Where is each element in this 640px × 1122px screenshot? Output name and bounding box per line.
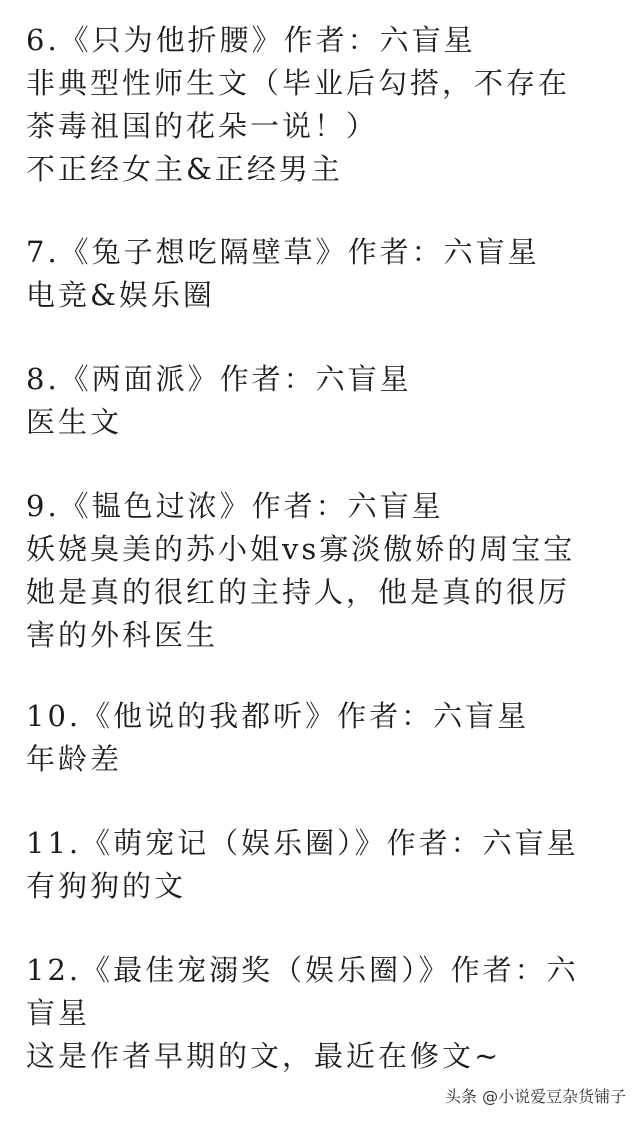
entry-10-title: 10.《他说的我都听》作者：六盲星 — [26, 698, 529, 734]
entry-9-description-line-2: 她是真的很红的主持人，他是真的很厉 — [26, 574, 570, 610]
entry-11-title: 11.《萌宠记（娱乐圈）》作者：六盲星 — [26, 825, 579, 861]
entry-7-description-line-1: 电竞&娱乐圈 — [26, 277, 215, 313]
entry-6-title: 6.《只为他折腰》作者：六盲星 — [26, 22, 476, 58]
source-watermark: 头条 @小说爱豆杂货铺子 — [445, 1086, 626, 1108]
entry-10-description-line-1: 年龄差 — [26, 741, 122, 777]
entry-12-description-line-2: 这是作者早期的文，最近在修文~ — [26, 1038, 501, 1074]
entry-9-title: 9.《韫色过浓》作者：六盲星 — [26, 488, 444, 524]
entry-9-description-line-1: 妖娆臭美的苏小姐vs寡淡傲娇的周宝宝 — [26, 531, 575, 567]
entry-8-title: 8.《两面派》作者：六盲星 — [26, 361, 412, 397]
entry-6-description-line-2: 茶毒祖国的花朵一说！） — [26, 108, 378, 144]
entry-8-description-line-1: 医生文 — [26, 404, 122, 440]
entry-12-description-line-1: 盲星 — [26, 995, 90, 1031]
entry-7-title: 7.《兔子想吃隔壁草》作者：六盲星 — [26, 234, 540, 270]
entry-6-description-line-1: 非典型性师生文（毕业后勾搭，不存在 — [26, 65, 570, 101]
entry-6-description-line-3: 不正经女主&正经男主 — [26, 151, 343, 187]
entry-12-title: 12.《最佳宠溺奖（娱乐圈）》作者：六 — [26, 952, 579, 988]
entry-11-description-line-1: 有狗狗的文 — [26, 868, 186, 904]
entry-9-description-line-3: 害的外科医生 — [26, 617, 218, 653]
